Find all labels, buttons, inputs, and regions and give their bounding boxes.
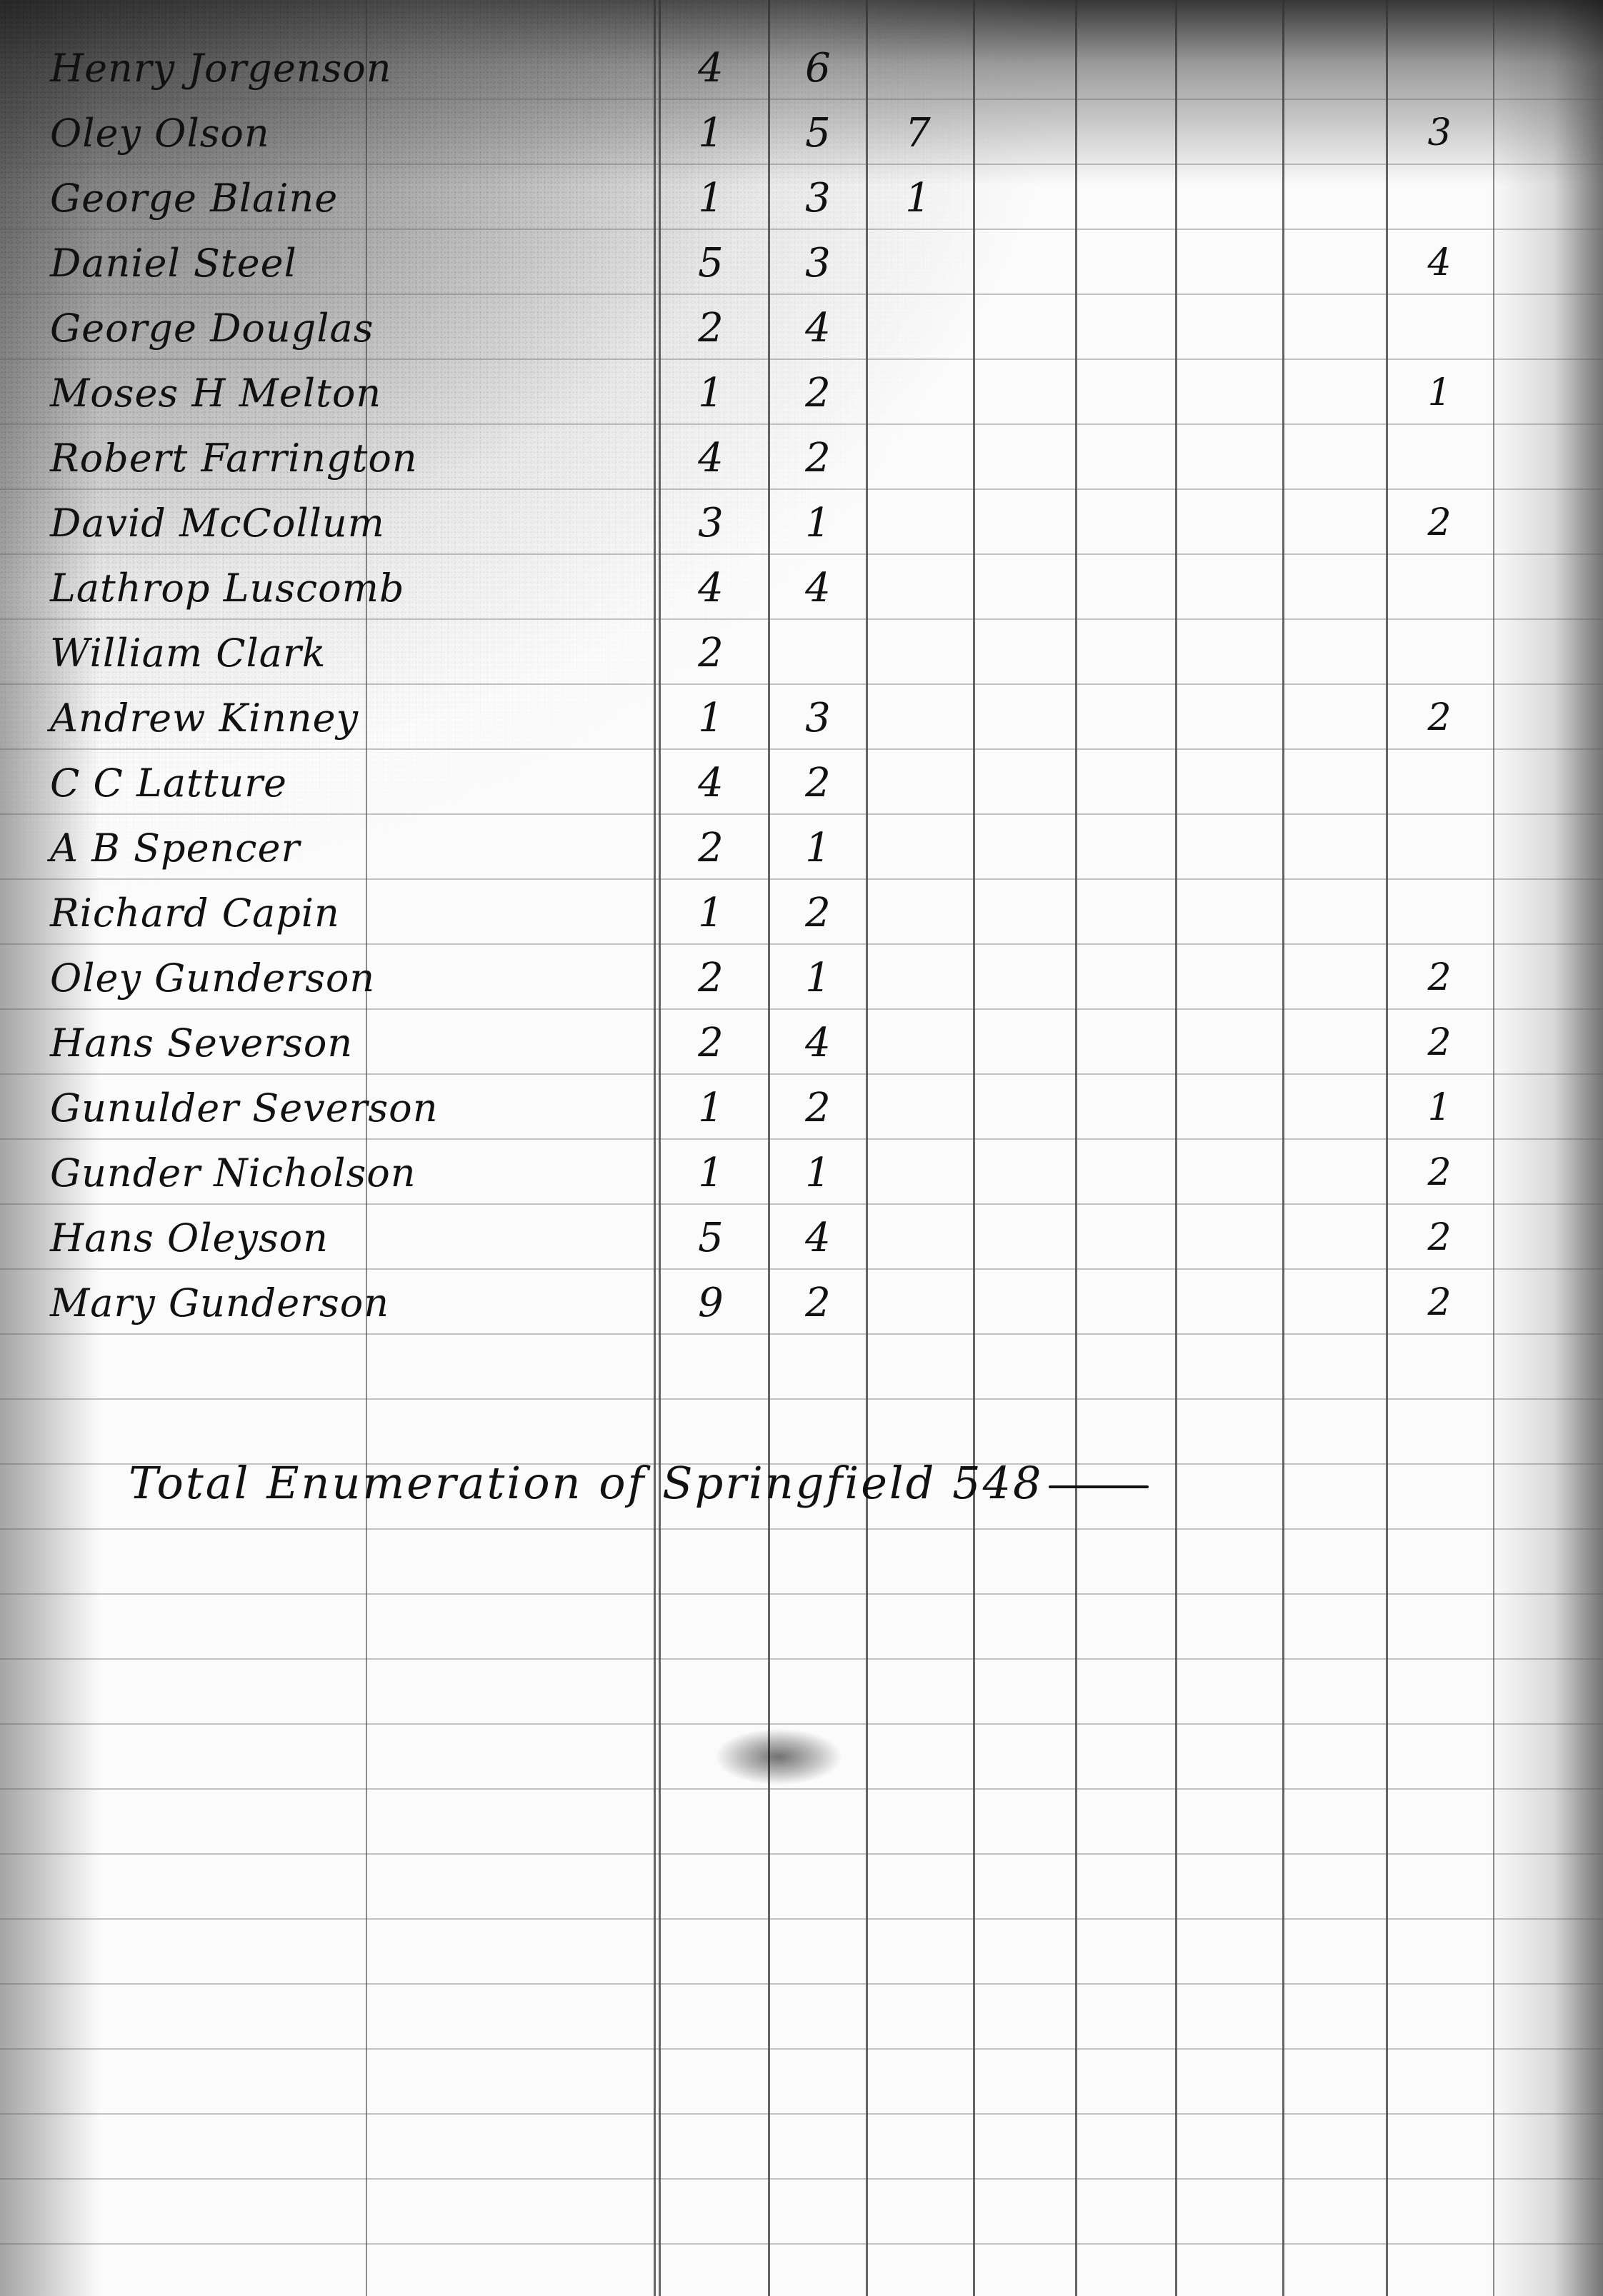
ruled-line: [0, 1593, 1603, 1595]
count-col3: [868, 686, 968, 751]
ruled-line: [0, 1528, 1603, 1530]
household-name: Richard Capin: [50, 881, 650, 946]
ruled-line: [0, 2048, 1603, 2050]
count-col1: 4: [657, 36, 764, 101]
household-name: Hans Oleyson: [50, 1205, 650, 1270]
count-right: 2: [1389, 946, 1489, 1011]
count-col2: 2: [771, 881, 864, 946]
count-col2: 6: [771, 36, 864, 101]
household-name: Oley Gunderson: [50, 946, 650, 1011]
table-row: A B Spencer 2 1: [0, 816, 1603, 881]
count-col1: 5: [657, 231, 764, 296]
count-col3: [868, 881, 968, 946]
count-col2: 2: [771, 751, 864, 816]
household-name: Gunulder Severson: [50, 1076, 650, 1141]
count-col2: 5: [771, 101, 864, 166]
count-col3: [868, 36, 968, 101]
table-row: Andrew Kinney 1 3 2: [0, 686, 1603, 751]
ruled-line: [0, 1853, 1603, 1855]
table-row: Moses H Melton 1 2 1: [0, 361, 1603, 426]
table-row: Gunulder Severson 1 2 1: [0, 1076, 1603, 1141]
household-name: A B Spencer: [50, 816, 650, 881]
count-right: [1389, 621, 1489, 686]
count-right: 4: [1389, 231, 1489, 296]
household-name: Andrew Kinney: [50, 686, 650, 751]
count-col1: 1: [657, 1076, 764, 1141]
count-right: [1389, 751, 1489, 816]
table-row: Daniel Steel 5 3 4: [0, 231, 1603, 296]
scanned-page: Henry Jorgenson 4 6 Oley Olson 1 5 7 3 G…: [0, 0, 1603, 2296]
table-row: Mary Gunderson 9 2 2: [0, 1270, 1603, 1335]
count-col2: 3: [771, 231, 864, 296]
count-col2: 4: [771, 296, 864, 361]
count-col1: 2: [657, 1011, 764, 1076]
count-col3: [868, 361, 968, 426]
count-right: 3: [1389, 101, 1489, 166]
count-right: 1: [1389, 361, 1489, 426]
count-col2: 4: [771, 1205, 864, 1270]
count-right: [1389, 816, 1489, 881]
count-col2: 1: [771, 1141, 864, 1205]
ruled-line: [0, 1788, 1603, 1790]
count-col3: [868, 1205, 968, 1270]
ruled-line: [0, 2243, 1603, 2245]
household-name: Hans Severson: [50, 1011, 650, 1076]
count-right: 2: [1389, 686, 1489, 751]
count-col1: 3: [657, 491, 764, 556]
count-col2: 2: [771, 1076, 864, 1141]
household-name: Mary Gunderson: [50, 1270, 650, 1335]
table-row: Oley Gunderson 2 1 2: [0, 946, 1603, 1011]
ruled-line: [0, 1658, 1603, 1660]
household-name: C C Latture: [50, 751, 650, 816]
table-row: Lathrop Luscomb 4 4: [0, 556, 1603, 621]
count-right: [1389, 296, 1489, 361]
count-right: 2: [1389, 1141, 1489, 1205]
table-row: Gunder Nicholson 1 1 2: [0, 1141, 1603, 1205]
household-name: Robert Farrington: [50, 426, 650, 491]
count-col2: 3: [771, 686, 864, 751]
count-col2: 1: [771, 946, 864, 1011]
count-col2: 4: [771, 1011, 864, 1076]
ruled-line: [0, 1983, 1603, 1985]
count-right: 2: [1389, 1270, 1489, 1335]
count-col2: 1: [771, 816, 864, 881]
count-col3: 1: [868, 166, 968, 231]
count-col3: [868, 1076, 968, 1141]
count-col2: 2: [771, 426, 864, 491]
count-right: [1389, 36, 1489, 101]
table-row: Henry Jorgenson 4 6: [0, 36, 1603, 101]
count-col1: 4: [657, 751, 764, 816]
count-col1: 5: [657, 1205, 764, 1270]
household-name: David McCollum: [50, 491, 650, 556]
household-name: Lathrop Luscomb: [50, 556, 650, 621]
count-col2: 4: [771, 556, 864, 621]
table-row: Richard Capin 1 2: [0, 881, 1603, 946]
count-right: [1389, 881, 1489, 946]
table-row: George Blaine 1 3 1: [0, 166, 1603, 231]
household-name: Moses H Melton: [50, 361, 650, 426]
count-col1: 2: [657, 816, 764, 881]
count-col3: [868, 296, 968, 361]
count-col3: [868, 426, 968, 491]
count-right: 2: [1389, 491, 1489, 556]
count-col2: [771, 621, 864, 686]
count-col1: 1: [657, 361, 764, 426]
count-col2: 1: [771, 491, 864, 556]
count-col2: 2: [771, 1270, 864, 1335]
table-row: David McCollum 3 1 2: [0, 491, 1603, 556]
count-col1: 9: [657, 1270, 764, 1335]
ruled-line: [0, 2113, 1603, 2115]
count-col3: [868, 1011, 968, 1076]
count-col1: 2: [657, 296, 764, 361]
count-col3: [868, 556, 968, 621]
count-col1: 4: [657, 426, 764, 491]
count-col3: [868, 751, 968, 816]
ink-smudge: [714, 1728, 843, 1785]
count-col1: 1: [657, 101, 764, 166]
table-row: C C Latture 4 2: [0, 751, 1603, 816]
table-row: Hans Severson 2 4 2: [0, 1011, 1603, 1076]
household-name: Daniel Steel: [50, 231, 650, 296]
count-col2: 3: [771, 166, 864, 231]
count-col1: 1: [657, 686, 764, 751]
count-col3: [868, 946, 968, 1011]
total-text: Total Enumeration of Springfield 548: [129, 1457, 1043, 1509]
count-col3: [868, 1270, 968, 1335]
household-name: George Blaine: [50, 166, 650, 231]
household-name: Oley Olson: [50, 101, 650, 166]
table-row: Robert Farrington 4 2: [0, 426, 1603, 491]
household-name: William Clark: [50, 621, 650, 686]
count-right: [1389, 166, 1489, 231]
household-name: Gunder Nicholson: [50, 1141, 650, 1205]
count-col3: [868, 816, 968, 881]
count-col3: [868, 231, 968, 296]
count-right: 2: [1389, 1011, 1489, 1076]
count-col3: [868, 621, 968, 686]
household-name: George Douglas: [50, 296, 650, 361]
table-row: George Douglas 2 4: [0, 296, 1603, 361]
count-col1: 4: [657, 556, 764, 621]
total-enumeration-line: Total Enumeration of Springfield 548: [129, 1457, 1414, 1528]
table-row: William Clark 2: [0, 621, 1603, 686]
count-col3: 7: [868, 101, 968, 166]
count-right: [1389, 426, 1489, 491]
ruled-line: [0, 2178, 1603, 2180]
household-name: Henry Jorgenson: [50, 36, 650, 101]
ruled-line: [0, 1398, 1603, 1400]
flourish-stroke: [1049, 1485, 1149, 1488]
count-col1: 1: [657, 881, 764, 946]
count-col1: 2: [657, 621, 764, 686]
count-col2: 2: [771, 361, 864, 426]
count-col1: 1: [657, 166, 764, 231]
count-right: 2: [1389, 1205, 1489, 1270]
count-col1: 2: [657, 946, 764, 1011]
table-row: Hans Oleyson 5 4 2: [0, 1205, 1603, 1270]
count-right: 1: [1389, 1076, 1489, 1141]
count-col1: 1: [657, 1141, 764, 1205]
count-right: [1389, 556, 1489, 621]
table-row: Oley Olson 1 5 7 3: [0, 101, 1603, 166]
ruled-line: [0, 1723, 1603, 1725]
count-col3: [868, 1141, 968, 1205]
count-col3: [868, 491, 968, 556]
ruled-line: [0, 1918, 1603, 1920]
